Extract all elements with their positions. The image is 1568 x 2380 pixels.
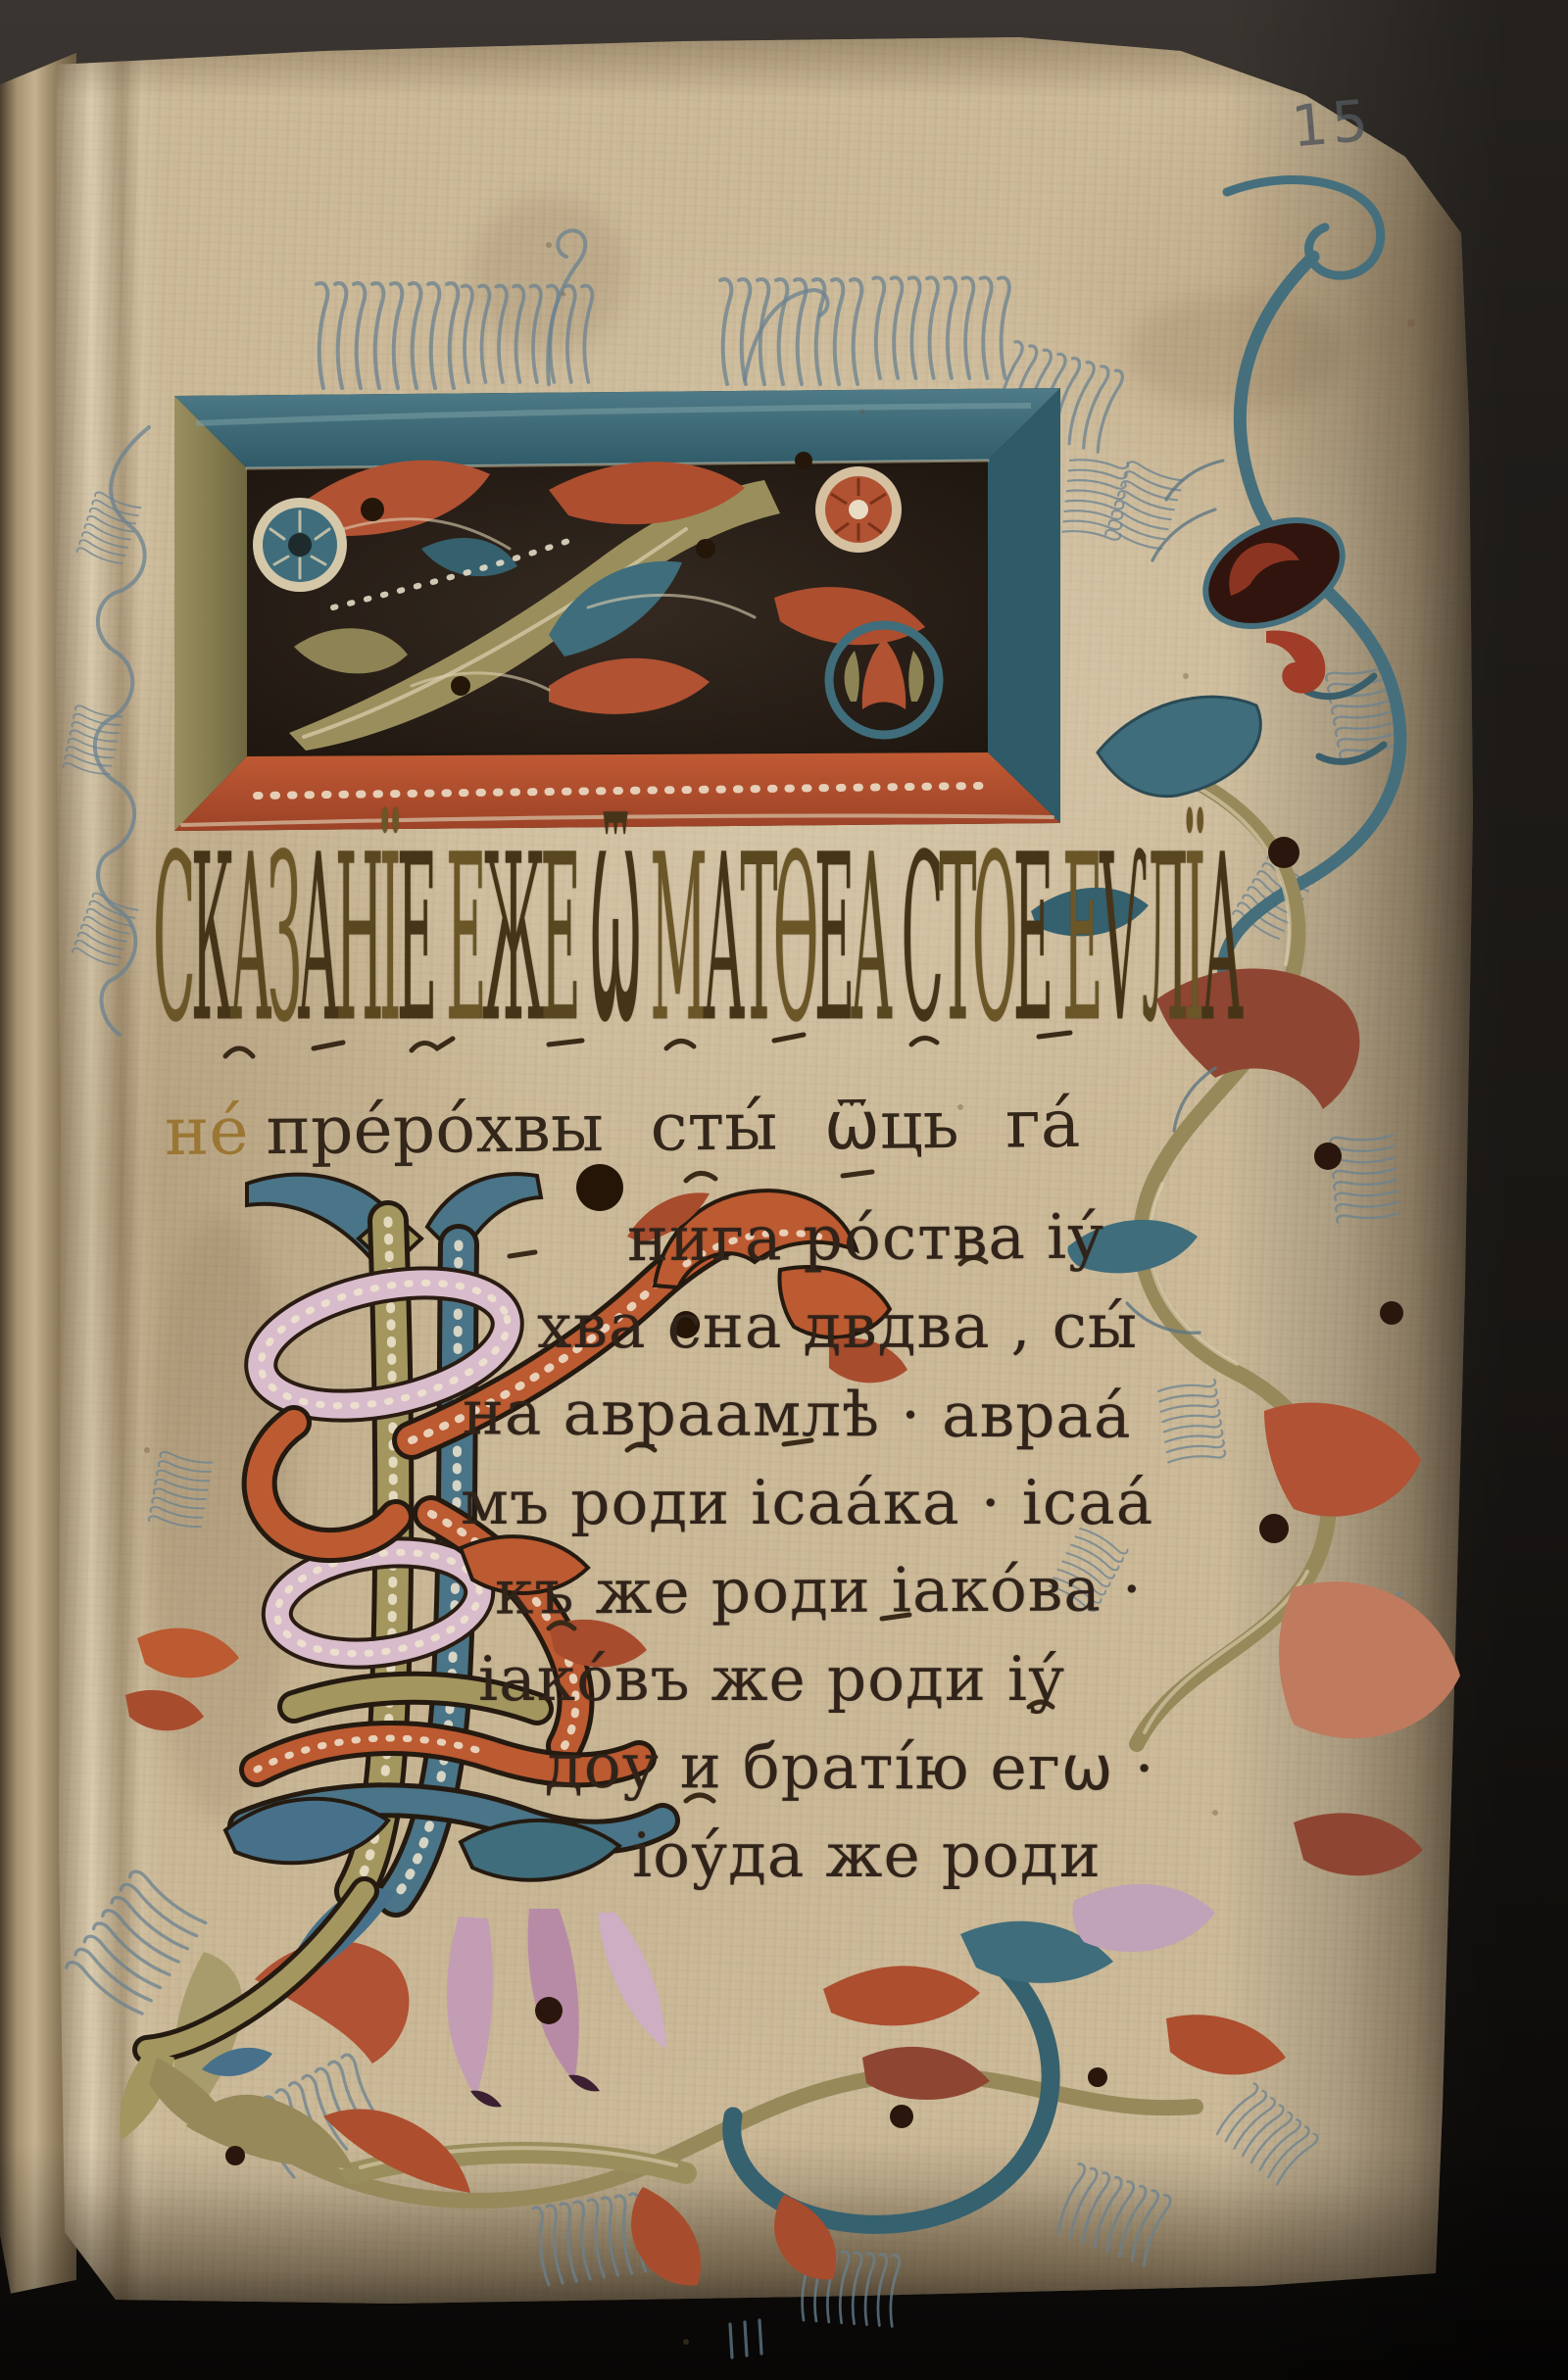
text-line: мъ роди ісаа́ка · ісаа́ xyxy=(461,1472,1153,1533)
text-line: іоу́да же роди xyxy=(632,1824,1102,1886)
text-line: хва сна двдва , сы́ xyxy=(537,1295,1138,1357)
text-line: къ же роди іако́ва · xyxy=(495,1558,1143,1623)
text-line: іако́въ же роди іу́ xyxy=(478,1648,1065,1710)
rubric-line: не́пре́ро́хвы сты́ ѿць га́ xyxy=(165,1092,1081,1166)
photo-backdrop: 15 СКАЗАНЇЕ ЕЖЕ Ѿ МАТѲЕА СТОЕ ЕѴЛЇА не́п… xyxy=(0,0,1568,2380)
illumination-artwork xyxy=(0,0,1568,2380)
folio-number: 15 xyxy=(1289,87,1374,161)
rubric-rest: пре́ро́хвы сты́ ѿць га́ xyxy=(266,1086,1081,1170)
text-line: доу и браті́ю егѡ · xyxy=(545,1735,1155,1800)
text-line: на авраамлѣ · авраа́ xyxy=(463,1382,1132,1447)
vyaz-title: СКАЗАНЇЕ ЕЖЕ Ѿ МАТѲЕА СТОЕ ЕѴЛЇА xyxy=(153,825,1239,1055)
headpiece-panel xyxy=(174,388,1060,831)
rubric-lead: не́ xyxy=(165,1093,249,1171)
text-line: нига ро́ства іу́ xyxy=(627,1206,1105,1271)
